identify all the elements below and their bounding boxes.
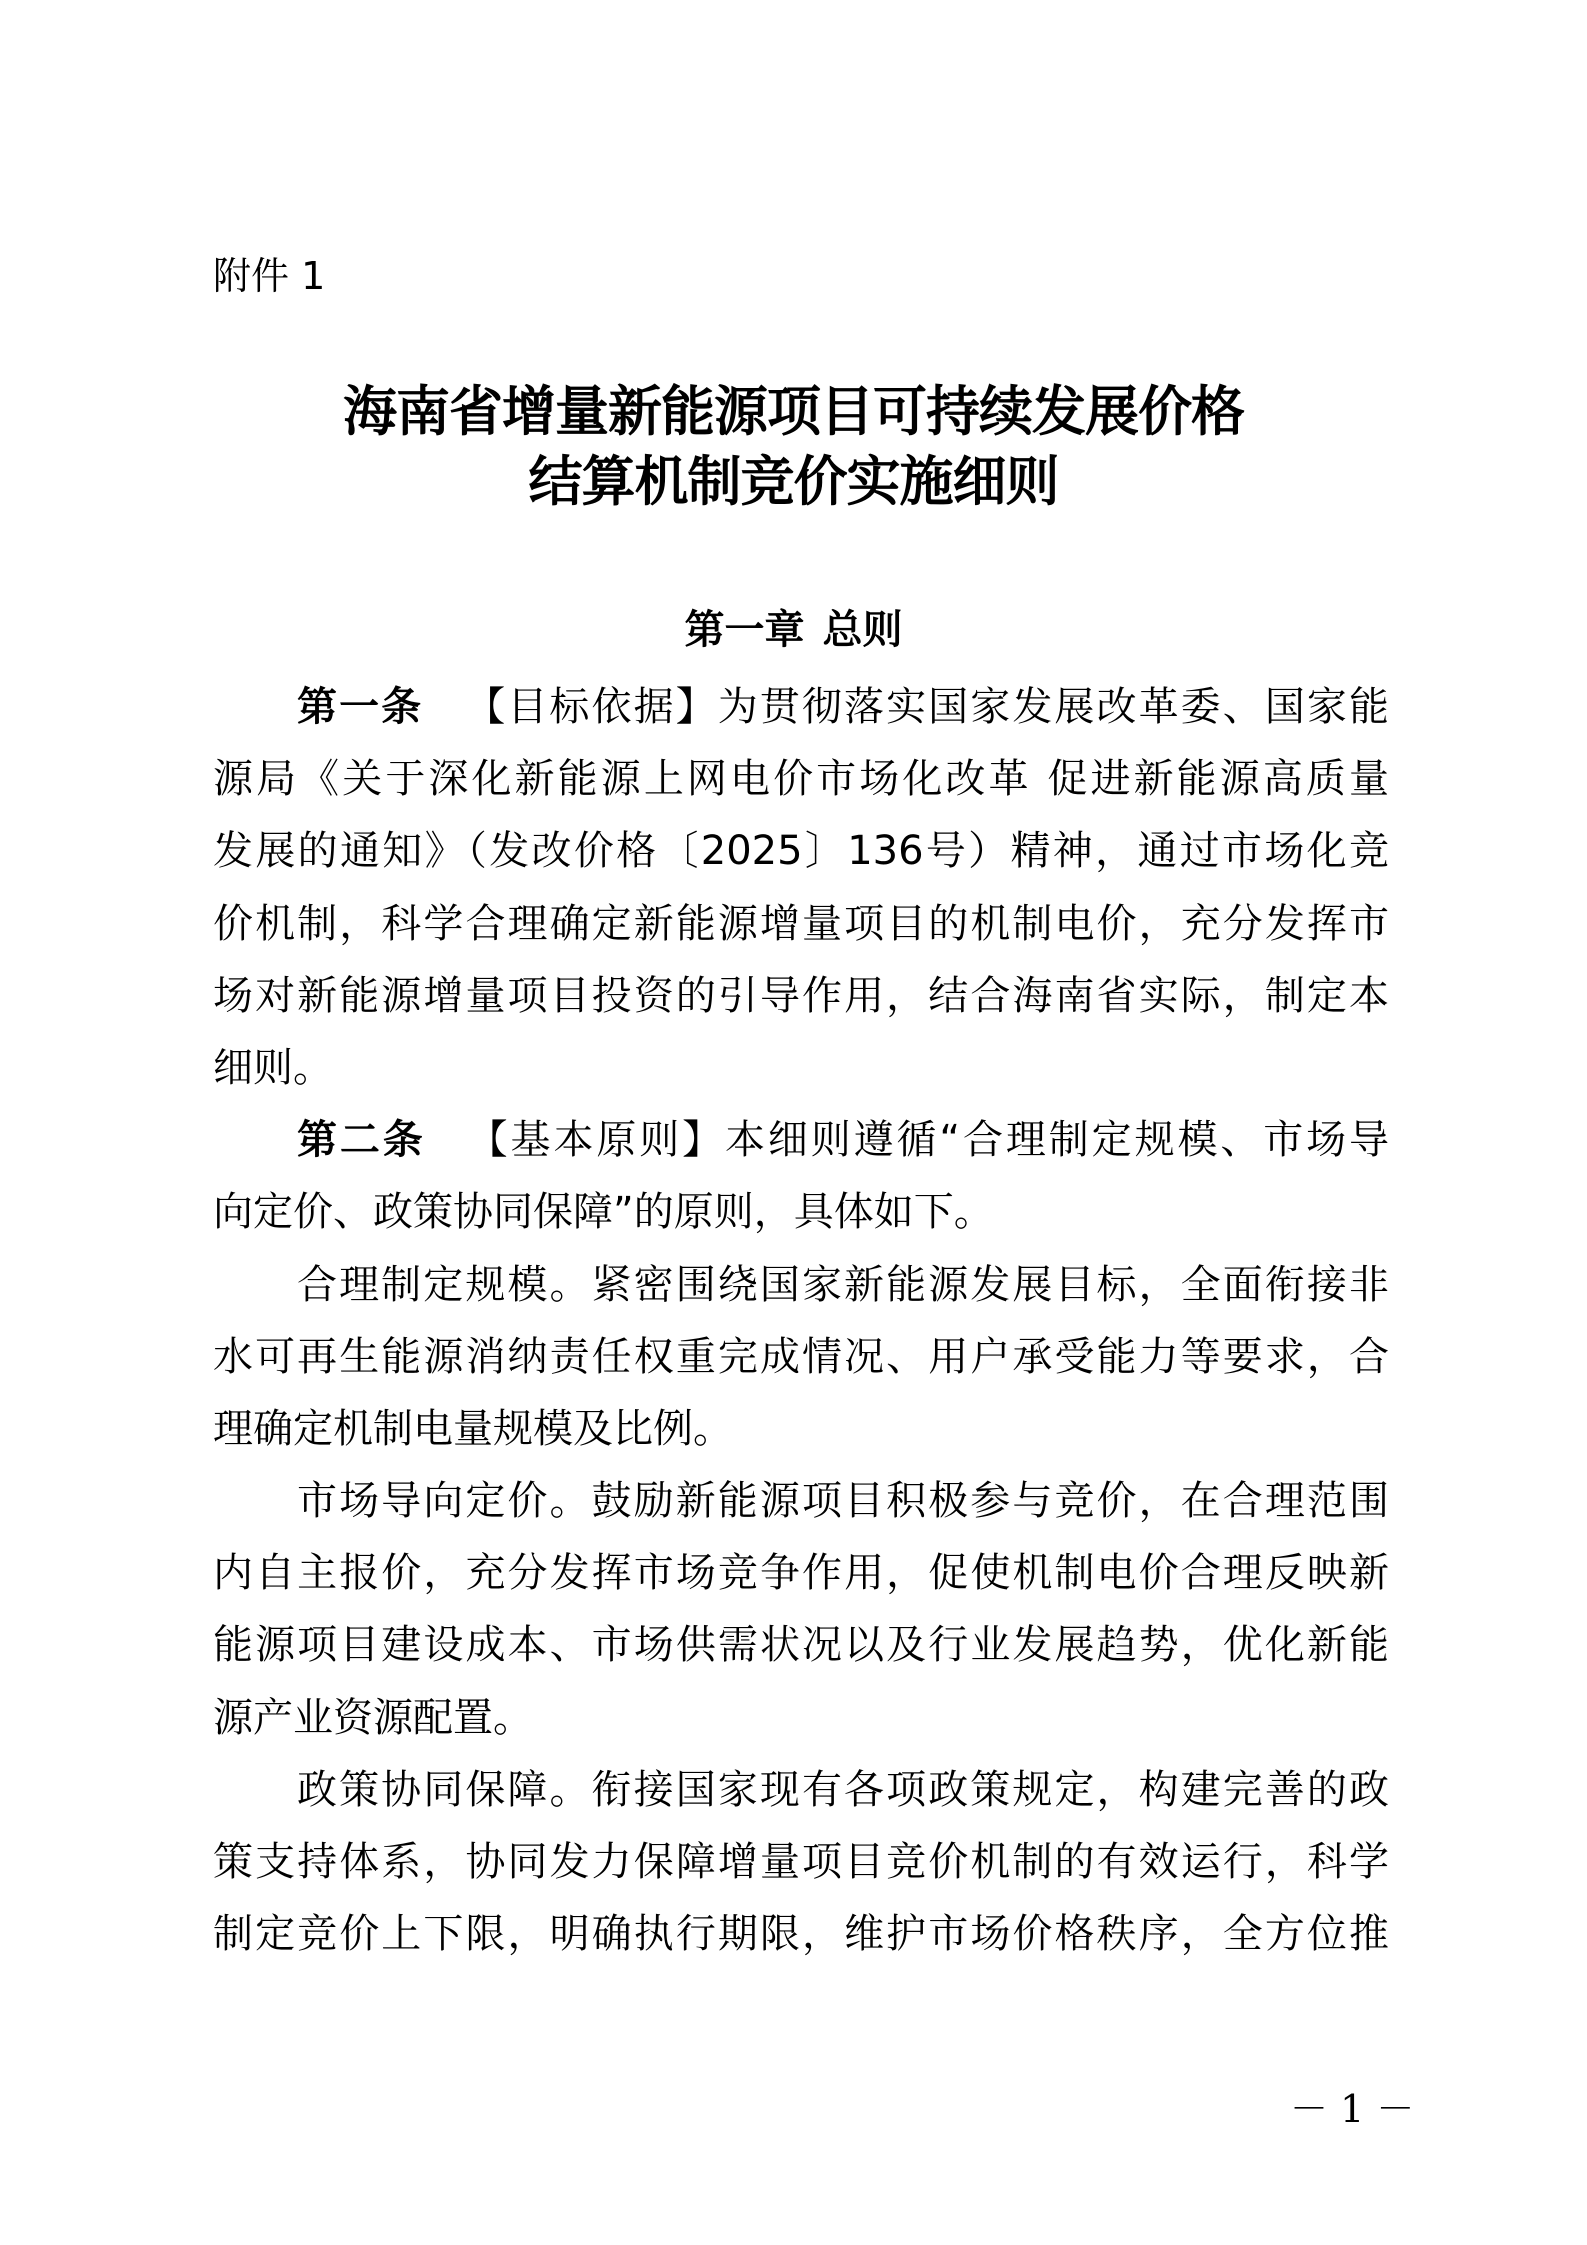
principle-1-line-2: 水可再生能源消纳责任权重完成情况、用户承受能力等要求，合 <box>213 1321 1389 1393</box>
document-title-line-1: 海南省增量新能源项目可持续发展价格 <box>0 376 1587 446</box>
article-1-line-3: 发展的通知》（发改价格〔2025〕136号）精神，通过市场化竞 <box>213 815 1389 887</box>
principle-2-line-4: 源产业资源配置。 <box>213 1682 1389 1754</box>
principle-3-line-2: 策支持体系，协同发力保障增量项目竞价机制的有效运行，科学 <box>213 1826 1389 1898</box>
chapter-heading: 第一章总则 <box>0 604 1587 656</box>
article-1-line-2: 源局《关于深化新能源上网电价市场化改革 促进新能源高质量 <box>213 743 1389 815</box>
document-page: 附件 1 海南省增量新能源项目可持续发展价格 结算机制竞价实施细则 第一章总则 … <box>0 0 1587 2245</box>
article-1-line-5: 场对新能源增量项目投资的引导作用，结合海南省实际，制定本 <box>213 960 1389 1032</box>
page-number: － 1 － <box>1290 2085 1390 2133</box>
principle-3-line-3: 制定竞价上下限，明确执行期限，维护市场价格秩序，全方位推 <box>213 1898 1389 1970</box>
principle-2-line-2: 内自主报价，充分发挥市场竞争作用，促使机制电价合理反映新 <box>213 1537 1389 1609</box>
article-2-line-1: 第二条【基本原则】本细则遵循“合理制定规模、市场导 <box>213 1104 1389 1176</box>
chapter-name: 总则 <box>823 607 903 653</box>
principle-2-line-3: 能源项目建设成本、市场供需状况以及行业发展趋势，优化新能 <box>213 1609 1389 1681</box>
article-1-label: 第一条 <box>297 684 423 730</box>
principle-1-line-1: 合理制定规模。紧密围绕国家新能源发展目标，全面衔接非 <box>213 1249 1389 1321</box>
article-1-line-6: 细则。 <box>213 1032 1389 1104</box>
article-1-line-4: 价机制，科学合理确定新能源增量项目的机制电价，充分发挥市 <box>213 888 1389 960</box>
document-body: 第一条【目标依据】为贯彻落实国家发展改革委、国家能 源局《关于深化新能源上网电价… <box>213 671 1389 1970</box>
article-2-line-2: 向定价、政策协同保障”的原则，具体如下。 <box>213 1176 1389 1248</box>
principle-2-line-1: 市场导向定价。鼓励新能源项目积极参与竞价，在合理范围 <box>213 1465 1389 1537</box>
document-title-line-2: 结算机制竞价实施细则 <box>0 446 1587 516</box>
attachment-label: 附件 1 <box>213 252 325 300</box>
article-1-line-1: 第一条【目标依据】为贯彻落实国家发展改革委、国家能 <box>213 671 1389 743</box>
principle-1-line-3: 理确定机制电量规模及比例。 <box>213 1393 1389 1465</box>
principle-3-line-1: 政策协同保障。衔接国家现有各项政策规定，构建完善的政 <box>213 1754 1389 1826</box>
article-2-label: 第二条 <box>297 1117 426 1163</box>
chapter-number: 第一章 <box>685 607 805 653</box>
